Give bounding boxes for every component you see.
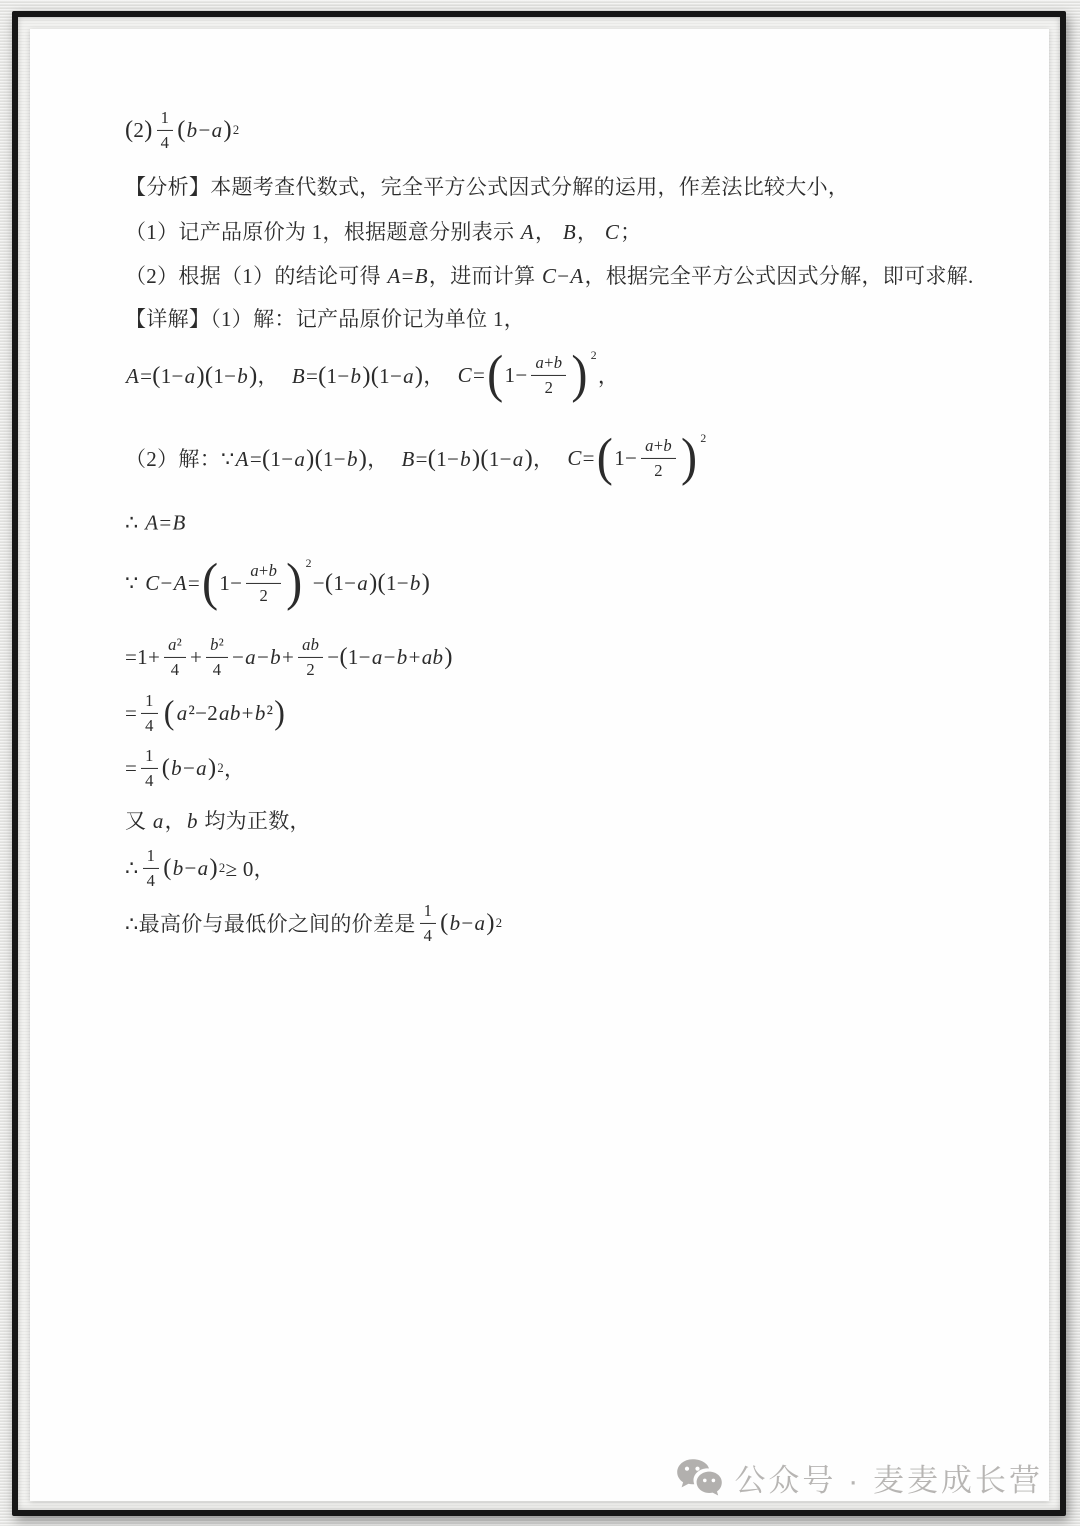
watermark: 公众号 · 麦麦成长营 (676, 1455, 1043, 1500)
content-line: 【分析】本题考查代数式，完全平方公式因式分解的运用，作差法比较大小， (125, 171, 849, 201)
photo-background: (2)14(b−a)2【分析】本题考查代数式，完全平方公式因式分解的运用，作差法… (0, 0, 1080, 1526)
content-line: 【详解】（1）解：记产品原价记为单位 1， (125, 303, 525, 333)
wechat-icon (676, 1457, 722, 1499)
content-line: =14(a²−2ab+b²) (125, 690, 287, 736)
document-page: (2)14(b−a)2【分析】本题考查代数式，完全平方公式因式分解的运用，作差法… (30, 29, 1049, 1501)
content-line: ∵ C−A=(1−a+b2)2−(1−a)(1−b) (125, 560, 430, 606)
content-line: ∴最高价与最低价之间的价差是14(b−a)2 (125, 900, 502, 946)
document-content: (2)14(b−a)2【分析】本题考查代数式，完全平方公式因式分解的运用，作差法… (30, 29, 1049, 1501)
content-line: （2）解：∵ A=(1−a)(1−b)，B=(1−b)(1−a)，C=(1−a+… (125, 435, 708, 481)
page-frame: (2)14(b−a)2【分析】本题考查代数式，完全平方公式因式分解的运用，作差法… (12, 11, 1066, 1516)
content-line: =1+a²4+b²4−a−b+ab2−(1−a−b+ab) (125, 634, 453, 680)
content-line: ∴14(b−a)2 ≥ 0， (125, 845, 275, 891)
content-line: ∴ A=B (125, 511, 187, 536)
content-line: =14(b−a)2， (125, 745, 245, 791)
content-line: 又 a，b 均为正数， (125, 805, 311, 835)
content-line: A=(1−a)(1−b)，B=(1−b)(1−a)，C=(1−a+b2)2， (125, 352, 619, 398)
watermark-text: 公众号 · 麦麦成长营 (734, 1455, 1043, 1500)
content-line: (2)14(b−a)2 (125, 107, 239, 153)
content-line: （2）根据（1）的结论可得 A=B，进而计算 C−A，根据完全平方公式因式分解，… (125, 260, 974, 290)
content-line: （1）记产品原价为 1，根据题意分别表示 A， B， C； (125, 216, 641, 246)
